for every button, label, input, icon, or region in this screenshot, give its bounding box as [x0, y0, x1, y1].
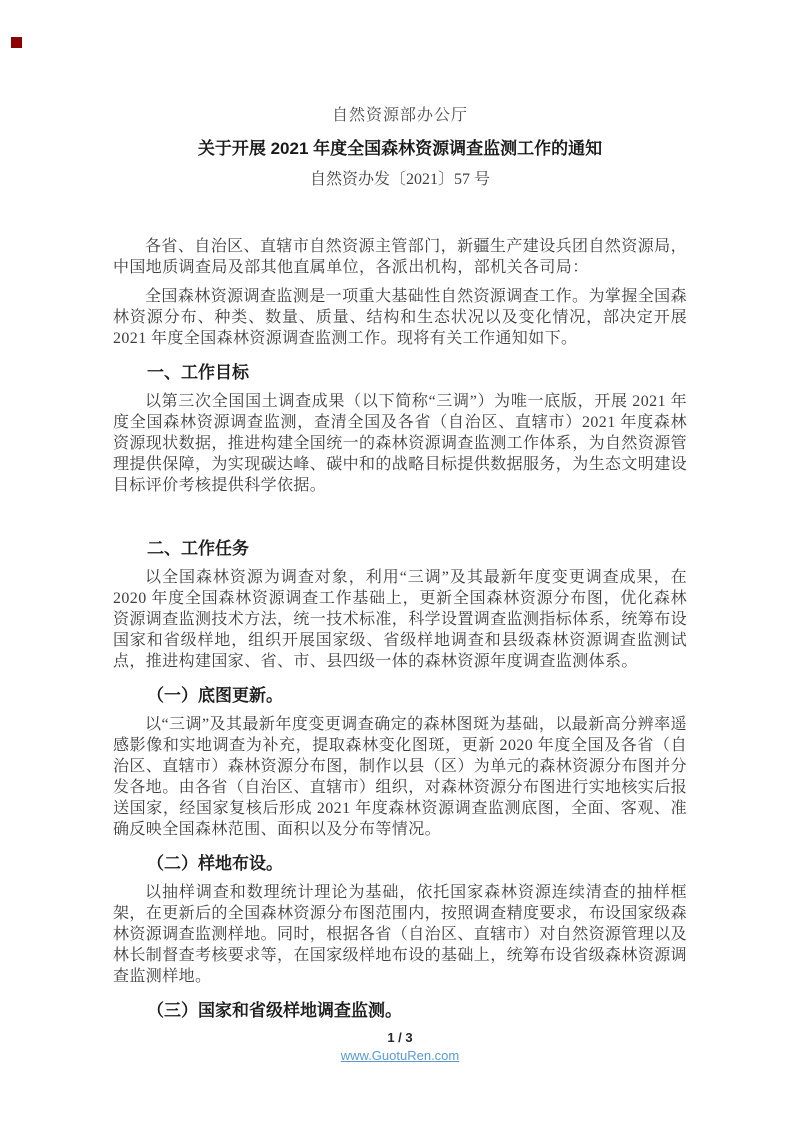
subsection-2-heading: （二）样地布设。 [113, 853, 687, 875]
section-1-heading: 一、工作目标 [113, 362, 687, 384]
red-marker [11, 37, 22, 48]
document-content: 自然资源部办公厅 关于开展 2021 年度全国森林资源调查监测工作的通知 自然资… [0, 0, 800, 1022]
subsection-3-heading: （三）国家和省级样地调查监测。 [113, 1000, 687, 1022]
document-body: 各省、自治区、直辖市自然资源主管部门，新疆生产建设兵团自然资源局，中国地质调查局… [113, 236, 687, 1022]
page-number-indicator: 1 / 3 [0, 1030, 800, 1046]
page-footer: 1 / 3 www.GuotuRen.com [0, 1030, 800, 1065]
subsection-1-heading: （一）底图更新。 [113, 685, 687, 707]
footer-link[interactable]: www.GuotuRen.com [341, 1048, 460, 1064]
subsection-1-paragraph: 以“三调”及其最新年度变更调查确定的森林图斑为基础，以最新高分辨率遥感影像和实地… [113, 714, 687, 840]
section-1-paragraph: 以第三次全国国土调查成果（以下简称“三调”）为唯一底版，开展 2021 年度全国… [113, 391, 687, 496]
section-2-paragraph: 以全国森林资源为调查对象，利用“三调”及其最新年度变更调查成果，在 2020 年… [113, 567, 687, 672]
document-title: 关于开展 2021 年度全国森林资源调查监测工作的通知 [113, 138, 687, 160]
salutation-paragraph: 各省、自治区、直辖市自然资源主管部门，新疆生产建设兵团自然资源局，中国地质调查局… [113, 236, 687, 278]
issuing-org: 自然资源部办公厅 [113, 106, 687, 126]
document-number: 自然资办发〔2021〕57 号 [113, 170, 687, 190]
subsection-2-paragraph: 以抽样调查和数理统计理论为基础，依托国家森林资源连续清查的抽样框架，在更新后的全… [113, 882, 687, 987]
document-page: 自然资源部办公厅 关于开展 2021 年度全国森林资源调查监测工作的通知 自然资… [0, 0, 800, 1132]
section-2-heading: 二、工作任务 [113, 538, 687, 560]
intro-paragraph: 全国森林资源调查监测是一项重大基础性自然资源调查工作。为掌握全国森林资源分布、种… [113, 286, 687, 349]
